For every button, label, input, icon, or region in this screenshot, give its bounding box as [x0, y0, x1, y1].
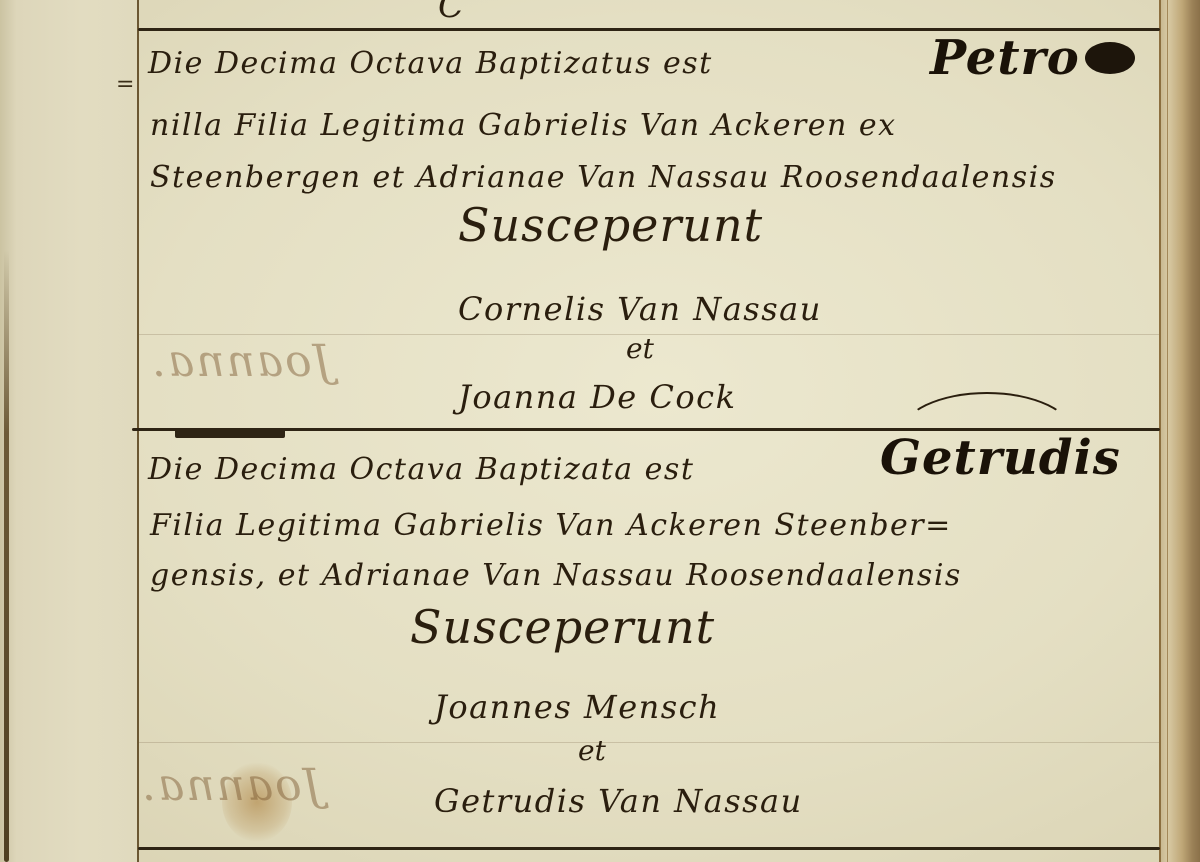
margin-mark: =: [116, 72, 134, 97]
register-page: C = Die Decima Octava Baptizatus est Pet…: [0, 0, 1200, 862]
binding-shadow: [4, 250, 9, 862]
sponsors-heading: Susceperunt: [458, 198, 763, 252]
entry-line-3: gensis, et Adrianae Van Nassau Roosendaa…: [150, 558, 962, 593]
ink-blot: [1085, 42, 1135, 74]
left-margin-rule: [137, 0, 139, 862]
entry-separator-bottom: [138, 847, 1160, 850]
child-name: Getrudis: [880, 430, 1121, 486]
sponsor-1: Joannes Mensch: [434, 688, 720, 726]
bleed-through-text: Joanna.: [150, 336, 331, 387]
guide-line: [139, 742, 1159, 743]
conjunction: et: [626, 332, 654, 365]
sponsor-2: Getrudis Van Nassau: [434, 782, 803, 820]
entry-line-1: Die Decima Octava Baptizata est: [148, 452, 694, 487]
entry-line-1: Die Decima Octava Baptizatus est: [148, 46, 713, 81]
right-edge-line: [1167, 0, 1168, 862]
sponsors-heading: Susceperunt: [410, 600, 715, 654]
sponsor-2: Joanna De Cock: [458, 378, 736, 416]
bleed-through-text: Joanna.: [140, 760, 321, 811]
outer-margin: [0, 0, 138, 862]
page-edge-leaves: [1160, 0, 1200, 862]
conjunction: et: [578, 734, 606, 767]
previous-entry-fragment: C: [438, 0, 466, 26]
entry-line-2: nilla Filia Legitima Gabrielis Van Acker…: [150, 108, 897, 143]
entry-line-2: Filia Legitima Gabrielis Van Ackeren Ste…: [150, 508, 952, 543]
separator-ink-smear: [175, 429, 285, 438]
child-name: Petro: [930, 30, 1080, 86]
entry-line-3: Steenbergen et Adrianae Van Nassau Roose…: [150, 160, 1057, 195]
right-margin-rule: [1159, 0, 1161, 862]
sponsor-1: Cornelis Van Nassau: [458, 290, 822, 328]
